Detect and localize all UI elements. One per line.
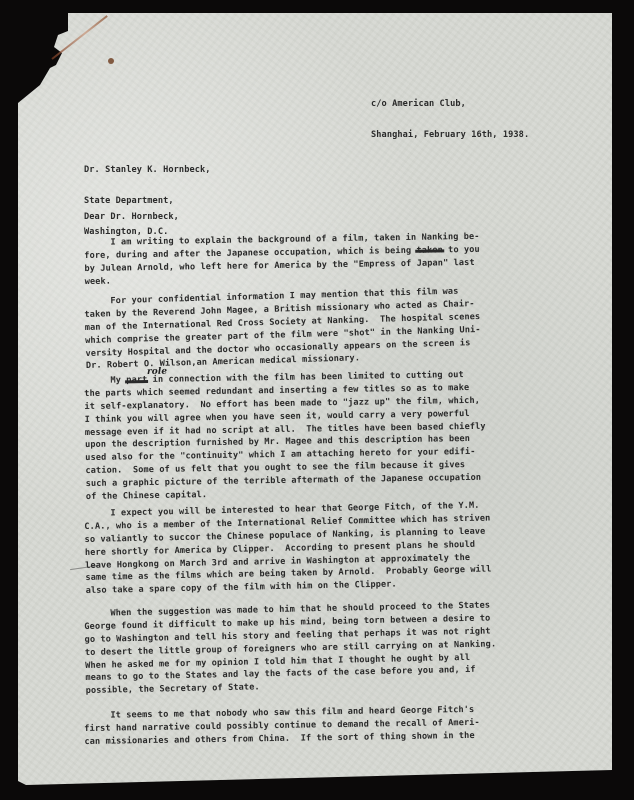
date-line: Shanghai, February 16th, 1938. bbox=[371, 131, 529, 140]
recipient-org: State Department, bbox=[84, 197, 211, 206]
recipient-name: Dr. Stanley K. Hornbeck, bbox=[84, 166, 211, 175]
struck-word: part bbox=[126, 375, 147, 385]
salutation: Dear Dr. Hornbeck, bbox=[84, 213, 179, 222]
paragraph-6: It seems to me that nobody who saw this … bbox=[84, 704, 585, 751]
line-text: to you bbox=[443, 245, 480, 256]
paragraph-2: For your confidential information I may … bbox=[84, 284, 586, 375]
paragraph-1: I am writing to explain the background o… bbox=[84, 231, 585, 290]
return-address: c/o American Club, Shanghai, February 16… bbox=[371, 83, 529, 162]
recipient-city: Washington, D.C. bbox=[84, 228, 211, 237]
paragraph-3: role My part in connection with the film… bbox=[84, 369, 586, 506]
line-text: My bbox=[84, 375, 126, 386]
letter-document: c/o American Club, Shanghai, February 16… bbox=[0, 0, 634, 800]
scanned-page-background: c/o American Club, Shanghai, February 16… bbox=[0, 0, 634, 800]
paragraph-4: I expect you will be interested to hear … bbox=[84, 500, 586, 601]
handwritten-correction: role bbox=[147, 367, 167, 377]
struck-word: taken bbox=[416, 245, 443, 255]
return-address-line: c/o American Club, bbox=[371, 100, 529, 109]
paragraph-5: When the suggestion was made to him that… bbox=[84, 600, 586, 701]
